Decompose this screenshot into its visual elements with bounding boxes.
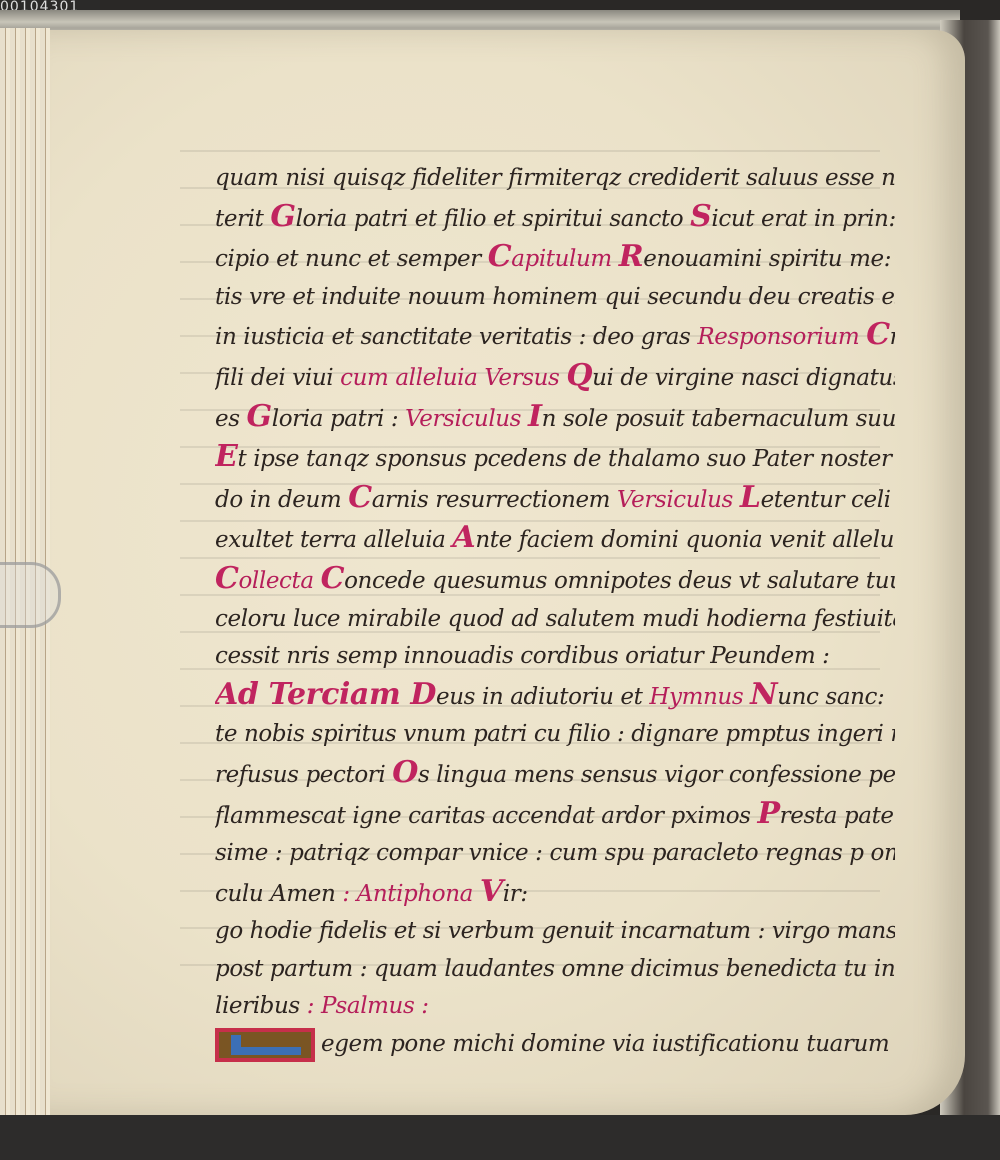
body-text: go hodie fidelis et si verbum genuit inc… bbox=[215, 918, 895, 944]
body-text: fili dei viui bbox=[215, 365, 340, 391]
rubric-text: : bbox=[307, 993, 314, 1019]
text-line: lieribus : Psalmus : bbox=[215, 988, 895, 1026]
rubric-text: C bbox=[321, 561, 344, 596]
initial-letter-glyph bbox=[231, 1035, 301, 1055]
body-text: loria patri : bbox=[272, 406, 405, 432]
body-text: te nobis spiritus vnum patri cu filio : … bbox=[215, 721, 895, 747]
body-text: etentur celi et bbox=[761, 487, 895, 513]
text-line: quam nisi quisqz fideliter firmiterqz cr… bbox=[215, 160, 895, 198]
text-line: cipio et nunc et semper Capitulum Renoua… bbox=[215, 238, 895, 279]
rubric-text: C bbox=[866, 317, 889, 352]
text-line: post partum : quam laudantes omne dicimu… bbox=[215, 951, 895, 989]
body-text: n sole posuit tabernaculum suum bbox=[542, 406, 895, 432]
rubric-text: G bbox=[270, 199, 295, 234]
text-line: fili dei viui cum alleluia Versus Qui de… bbox=[215, 357, 895, 398]
body-text: egem pone michi domine via iustification… bbox=[321, 1031, 889, 1057]
body-text: loria patri et filio et spiritui sancto bbox=[296, 206, 691, 232]
page-clip bbox=[0, 562, 61, 628]
text-line: Ad Terciam Deus in adiutoriu et Hymnus N… bbox=[215, 676, 895, 717]
body-text: celoru luce mirabile quod ad salutem mud… bbox=[215, 606, 895, 632]
rubric-text: O bbox=[392, 755, 418, 790]
rubric-text: Q bbox=[566, 358, 592, 393]
body-text: unc sanc: bbox=[777, 684, 884, 710]
rubric-text: Antiphona bbox=[357, 881, 480, 907]
body-text: terit bbox=[215, 206, 270, 232]
rubric-text: V bbox=[480, 874, 503, 909]
body-text: tis vre et induite nouum hominem qui sec… bbox=[215, 284, 895, 310]
rubric-text: Psalmus : bbox=[321, 993, 429, 1019]
body-text: quam nisi quisqz fideliter firmiterqz cr… bbox=[215, 165, 895, 191]
body-text: culu Amen bbox=[215, 881, 342, 907]
text-line: es Gloria patri : Versiculus In sole pos… bbox=[215, 398, 895, 439]
body-text: enouamini spiritu me: bbox=[643, 246, 891, 272]
text-line: do in deum Carnis resurrectionem Versicu… bbox=[215, 479, 895, 520]
rubric-text: : bbox=[342, 881, 349, 907]
rubric-text: D bbox=[410, 677, 436, 712]
rubric-text: Responsorium bbox=[697, 324, 866, 350]
rubric-text: cum alleluia Versus bbox=[340, 365, 566, 391]
text-line: egem pone michi domine via iustification… bbox=[215, 1026, 895, 1064]
body-text: ir: bbox=[503, 881, 528, 907]
text-line: celoru luce mirabile quod ad salutem mud… bbox=[215, 601, 895, 639]
body-text: es bbox=[215, 406, 247, 432]
body-text: flammescat igne caritas accendat ardor p… bbox=[215, 803, 757, 829]
text-line: te nobis spiritus vnum patri cu filio : … bbox=[215, 716, 895, 754]
body-text: s lingua mens sensus vigor confessione p… bbox=[418, 762, 895, 788]
rubric-text: N bbox=[750, 677, 777, 712]
rubric-text: Versiculus bbox=[617, 487, 740, 513]
body-text: cipio et nunc et semper bbox=[215, 246, 488, 272]
text-line: go hodie fidelis et si verbum genuit inc… bbox=[215, 913, 895, 951]
body-text: resta pater pyis: bbox=[780, 803, 895, 829]
background-bottom bbox=[0, 1115, 1000, 1160]
body-text: cessit nris semp innouadis cordibus oria… bbox=[215, 643, 830, 669]
text-line: flammescat igne caritas accendat ardor p… bbox=[215, 795, 895, 836]
text-line: refusus pectori Os lingua mens sensus vi… bbox=[215, 754, 895, 795]
text-line: tis vre et induite nouum hominem qui sec… bbox=[215, 279, 895, 317]
body-text: sime : patriqz compar vnice : cum spu pa… bbox=[215, 840, 895, 866]
rubric-text: C bbox=[348, 480, 371, 515]
body-text: arnis resurrectionem bbox=[372, 487, 617, 513]
body-text: ui de virgine nasci dignatus bbox=[592, 365, 895, 391]
text-line: Collecta Concede quesumus omnipotes deus… bbox=[215, 560, 895, 601]
body-text: nte faciem domini quonia venit alleluia bbox=[475, 527, 895, 553]
rubric-text: G bbox=[247, 399, 272, 434]
body-text: lieribus bbox=[215, 993, 307, 1019]
rubric-text: Hymnus bbox=[649, 684, 750, 710]
text-line: terit Gloria patri et filio et spiritui … bbox=[215, 198, 895, 239]
rubric-text: L bbox=[740, 480, 761, 515]
illuminated-initial-L bbox=[215, 1028, 315, 1062]
body-text bbox=[350, 881, 357, 907]
body-text: post partum : quam laudantes omne dicimu… bbox=[215, 956, 895, 982]
rubric-text: E bbox=[215, 439, 237, 474]
body-text: in iusticia et sanctitate veritatis : de… bbox=[215, 324, 697, 350]
rubric-text: A bbox=[452, 520, 475, 555]
rubric-text: C bbox=[488, 239, 511, 274]
text-line: cessit nris semp innouadis cordibus oria… bbox=[215, 638, 895, 676]
body-text: refusus pectori bbox=[215, 762, 392, 788]
rubric-text: S bbox=[690, 199, 711, 234]
body-text: t ipse tanqz sponsus pcedens de thalamo … bbox=[237, 446, 895, 472]
text-line: culu Amen : Antiphona Vir: bbox=[215, 873, 895, 914]
rubric-text: P bbox=[757, 796, 779, 831]
body-text: eus in adiutoriu et bbox=[436, 684, 649, 710]
rubric-text: Versiculus bbox=[405, 406, 528, 432]
rubric-text: R bbox=[619, 239, 644, 274]
body-text: riste bbox=[890, 324, 895, 350]
body-text: oncede quesumus omnipotes deus vt saluta… bbox=[344, 568, 895, 594]
body-text: do in deum bbox=[215, 487, 348, 513]
rubric-text: apitulum bbox=[511, 246, 619, 272]
text-line: sime : patriqz compar vnice : cum spu pa… bbox=[215, 835, 895, 873]
rubric-text: ollecta bbox=[238, 568, 320, 594]
text-line: exultet terra alleluia Ante faciem domin… bbox=[215, 519, 895, 560]
body-text: exultet terra alleluia bbox=[215, 527, 452, 553]
text-line: Et ipse tanqz sponsus pcedens de thalamo… bbox=[215, 438, 895, 479]
rubric-text: I bbox=[528, 399, 542, 434]
body-text bbox=[314, 993, 321, 1019]
rubric-text: Ad Terciam bbox=[215, 677, 410, 712]
text-line: in iusticia et sanctitate veritatis : de… bbox=[215, 316, 895, 357]
rubric-text: C bbox=[215, 561, 238, 596]
body-text: icut erat in prin: bbox=[711, 206, 895, 232]
manuscript-text-block: quam nisi quisqz fideliter firmiterqz cr… bbox=[215, 160, 895, 1064]
